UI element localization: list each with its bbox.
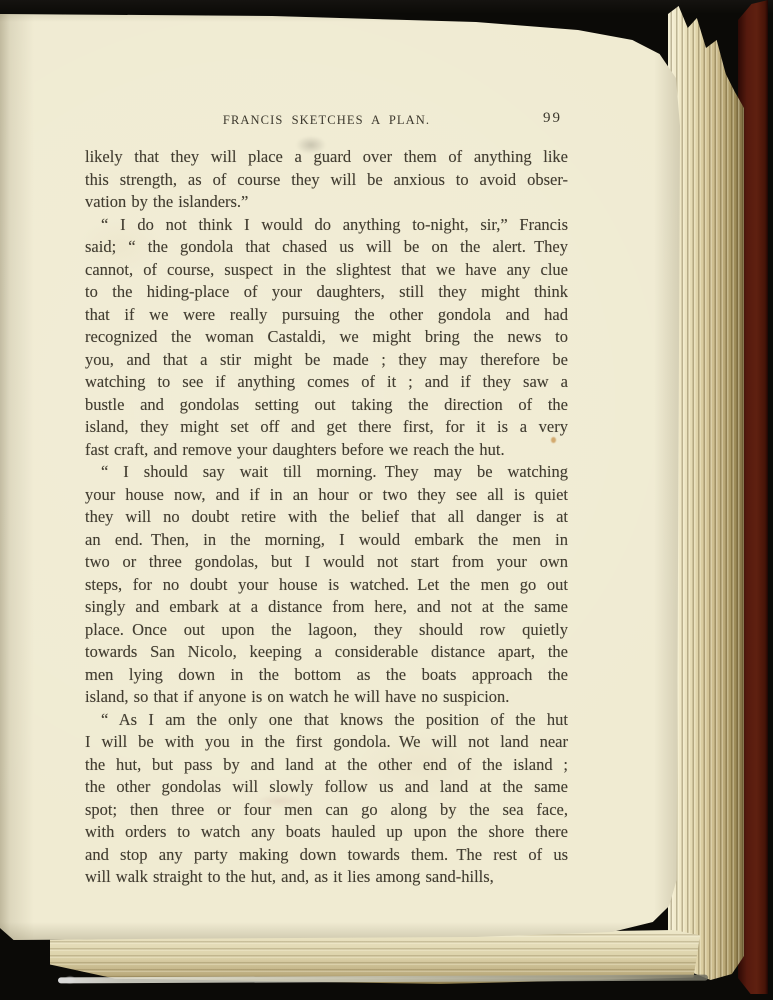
paragraph: “ I do not think I would do anything to-… <box>85 214 568 462</box>
text-line: vation by the islanders.” <box>85 191 568 214</box>
text-line: men lying down in the bottom as the boat… <box>85 664 568 687</box>
text-line: will walk straight to the hut, and, as i… <box>85 866 568 889</box>
text-line: watching to see if anything comes of it … <box>85 371 568 394</box>
paragraph: “ As I am the only one that knows the po… <box>85 709 568 889</box>
text-line: you, and that a stir might be made ; the… <box>85 349 568 372</box>
text-line: and stop any party making down towards t… <box>85 844 568 867</box>
text-line: island, so that if anyone is on watch he… <box>85 686 568 709</box>
text-line: towards San Nicolo, keeping a considerab… <box>85 641 568 664</box>
paragraph: likely that they will place a guard over… <box>85 146 568 214</box>
text-line: the other gondolas will slowly follow us… <box>85 776 568 799</box>
page-text-block: FRANCIS SKETCHES A PLAN. 99 likely that … <box>85 108 568 889</box>
text-line: to the hiding-place of your daughters, s… <box>85 281 568 304</box>
text-line: likely that they will place a guard over… <box>85 146 568 169</box>
paragraph: “ I should say wait till morning. They m… <box>85 461 568 709</box>
text-line: an end. Then, in the morning, I would em… <box>85 529 568 552</box>
text-line: they will no doubt retire with the belie… <box>85 506 568 529</box>
page-number: 99 <box>543 110 562 127</box>
text-line: “ I should say wait till morning. They m… <box>85 461 568 484</box>
text-line: steps, for no doubt your house is watche… <box>85 574 568 597</box>
book-scan: FRANCIS SKETCHES A PLAN. 99 likely that … <box>0 0 773 1000</box>
text-line: spot; then three or four men can go alon… <box>85 799 568 822</box>
text-line: singly and embark at a distance from her… <box>85 596 568 619</box>
running-header: FRANCIS SKETCHES A PLAN. 99 <box>85 108 568 134</box>
text-line: with orders to watch any boats hauled up… <box>85 821 568 844</box>
text-line: island, they might set off and get there… <box>85 416 568 439</box>
text-line: recognized the woman Castaldi, we might … <box>85 326 568 349</box>
text-line: two or three gondolas, but I would not s… <box>85 551 568 574</box>
page-text-body: likely that they will place a guard over… <box>85 146 568 889</box>
text-line: this strength, as of course they will be… <box>85 169 568 192</box>
text-line: “ As I am the only one that knows the po… <box>85 709 568 732</box>
text-line: your house now, and if in an hour or two… <box>85 484 568 507</box>
book-page: FRANCIS SKETCHES A PLAN. 99 likely that … <box>0 6 680 940</box>
text-line: said; “ the gondola that chased us will … <box>85 236 568 259</box>
text-line: “ I do not think I would do anything to-… <box>85 214 568 237</box>
text-line: the hut, but pass by and land at the oth… <box>85 754 568 777</box>
text-line: fast craft, and remove your daughters be… <box>85 439 568 462</box>
text-line: cannot, of course, suspect in the slight… <box>85 259 568 282</box>
text-line: I will be with you in the first gondola.… <box>85 731 568 754</box>
running-header-title: FRANCIS SKETCHES A PLAN. <box>223 113 430 128</box>
text-line: that if we were really pursuing the othe… <box>85 304 568 327</box>
text-line: place. Once out upon the lagoon, they sh… <box>85 619 568 642</box>
text-line: bustle and gondolas setting out taking t… <box>85 394 568 417</box>
